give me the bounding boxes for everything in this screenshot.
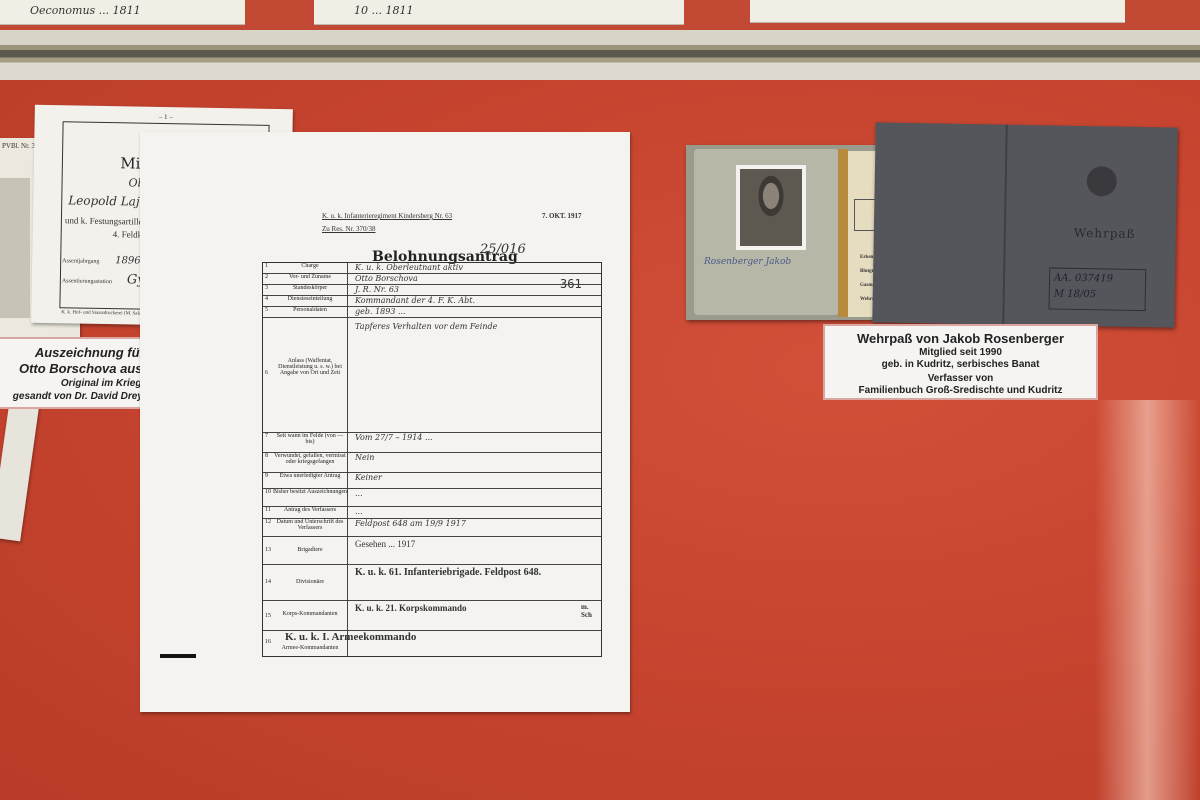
caption-right-line3: geb. in Kudritz, serbisches Banat: [825, 359, 1096, 371]
row-number: 9: [265, 473, 268, 479]
table-row: 15Korps-KommandantenK. u. k. 21. Korpsko…: [263, 601, 601, 631]
row-number: 2: [265, 274, 268, 280]
row-value: K. u. k. 21. Korpskommando: [355, 603, 467, 613]
row-value: K. u. k. Oberleutnant aktiv: [355, 263, 463, 272]
soldbuch-spine: [838, 149, 848, 317]
wehrpass-booklet: Wehrpaß AA. 037419 M 18/05: [872, 122, 1177, 327]
table-row: 7Seit wann im Felde (von — bis)Vom 27/7 …: [263, 433, 601, 453]
row-label: Verwundet, gefallen, vermisst oder krieg…: [273, 453, 347, 465]
row-label: Bisher besitzt Auszeichnungen: [273, 489, 347, 495]
assentjahrgang-label: Assentjahrgang: [62, 258, 99, 265]
row-number: 5: [265, 307, 268, 313]
header-unit: K. u. k. Infanterieregiment Kindersberg …: [322, 212, 452, 220]
caption-right: Wehrpaß von Jakob Rosenberger Mitglied s…: [823, 324, 1098, 400]
soldbuch-signature: Rosenberger Jakob: [704, 257, 791, 267]
row-value: Kommandant der 4. F. K. Abt.: [355, 296, 475, 305]
table-row: 5Personaldatengeb. 1893 ...: [263, 307, 601, 318]
row-value: K. u. k. 61. Infanteriebrigade. Feldpost…: [355, 567, 555, 578]
glass-reflection: [1095, 400, 1200, 800]
table-row: 9Etwa unerledigter AntragKeiner: [263, 473, 601, 489]
eagle-emblem-icon: [1087, 166, 1118, 197]
assentjahrgang-value: 1896: [115, 255, 141, 266]
row-value: geb. 1893 ...: [355, 307, 406, 316]
row-value: Vom 27/7 – 1914 ...: [355, 433, 433, 442]
table-row: 12Datum und Unterschrift des VerfassersF…: [263, 519, 601, 537]
row-number: 14: [265, 579, 271, 585]
row-value: Tapferes Verhalten vor dem Feinde: [355, 322, 497, 331]
page-number: – 1 –: [159, 113, 173, 121]
upper-document-2-text: 10 ... 1811: [354, 4, 413, 17]
row-label: Antrag des Verfassers: [273, 507, 347, 513]
row-value: K. u. k. I. Armeekommando: [285, 631, 416, 643]
row-number: 4: [265, 296, 268, 302]
display-case-frame: [0, 30, 1200, 80]
upper-document-3: [750, 0, 1125, 23]
reference-number: Zu Res. Nr. 370/38: [322, 225, 375, 233]
wehrpass-title: Wehrpaß: [1074, 226, 1136, 241]
row-label: Anlass (Waffentat, Dienstleistung u. s. …: [273, 358, 347, 376]
black-bar-mark: [160, 654, 196, 658]
caption-right-line4: Verfasser von: [825, 373, 1096, 385]
table-row: 1ChargeK. u. k. Oberleutnant aktiv: [263, 263, 601, 274]
row-label: Etwa unerledigter Antrag: [273, 473, 347, 479]
row-number: 16: [265, 639, 271, 645]
table-row: 11Antrag des Verfassers...: [263, 507, 601, 519]
row-value: Nein: [355, 453, 374, 462]
row-label: Diensteseinteilung: [273, 296, 347, 302]
assentierungsstation-label: Assentierungsstation: [62, 278, 112, 285]
table-row: 6Anlass (Waffentat, Dienstleistung u. s.…: [263, 318, 601, 433]
wehrpass-number-1: AA. 037419: [1054, 273, 1113, 285]
row-label: Personaldaten: [273, 307, 347, 313]
table-row: 8Verwundet, gefallen, vermisst oder krie…: [263, 453, 601, 473]
row-value: Gesehen ... 1917: [355, 539, 415, 549]
row-label: Divisionäre: [273, 579, 347, 585]
row-number: 3: [265, 285, 268, 291]
table-row: 13BrigadiereGesehen ... 1917: [263, 537, 601, 565]
belohnungsantrag-table: 1ChargeK. u. k. Oberleutnant aktiv 2Vor-…: [262, 262, 602, 657]
row-label: Korps-Kommandanten: [273, 611, 347, 617]
wehrpass-number-box: AA. 037419 M 18/05: [1049, 267, 1147, 311]
m-sch-stamp: m. Sch: [581, 603, 601, 619]
row-value: Feldpost 648 am 19/9 1917: [355, 519, 466, 528]
table-row: 3StandeskörperJ. R. Nr. 63: [263, 285, 601, 296]
row-label: Datum und Unterschrift des Verfassers: [273, 519, 347, 531]
left-edge-engraving: [0, 178, 30, 318]
wehrpass-number-2: M 18/05: [1054, 289, 1096, 301]
row-number: 15: [265, 613, 271, 619]
row-value: Keiner: [355, 473, 382, 482]
table-row: 4DiensteseinteilungKommandant der 4. F. …: [263, 296, 601, 307]
caption-right-line1: Wehrpaß von Jakob Rosenberger: [825, 330, 1096, 347]
upper-document-2: 10 ... 1811: [314, 0, 684, 25]
row-number: 12: [265, 519, 271, 525]
row-label: Charge: [273, 263, 347, 269]
soldier-photo: [736, 165, 806, 250]
wehrpass-fold: [1002, 125, 1007, 325]
table-row: 10Bisher besitzt Auszeichnungen...: [263, 489, 601, 507]
row-value: J. R. Nr. 63: [355, 285, 399, 294]
caption-right-line5: Familienbuch Groß-Sredischte und Kudritz: [825, 385, 1096, 397]
row-number: 13: [265, 547, 271, 553]
table-row: 2Vor- und ZunameOtto Borschova: [263, 274, 601, 285]
table-row: 16Armee-KommandantenK. u. k. I. Armeekom…: [263, 631, 601, 657]
upper-document-1: Oeconomus ... 1811: [0, 0, 245, 25]
row-number: 8: [265, 453, 268, 459]
row-value: Otto Borschova: [355, 274, 418, 283]
row-label: Armee-Kommandanten: [273, 645, 347, 651]
row-label: Vor- und Zuname: [273, 274, 347, 280]
caption-right-line2: Mitglied seit 1990: [825, 347, 1096, 359]
upper-document-1-text: Oeconomus ... 1811: [30, 4, 141, 17]
row-number: 10: [265, 489, 271, 495]
row-value: ...: [355, 507, 363, 516]
row-number: 11: [265, 507, 271, 513]
row-label: Brigadiere: [273, 547, 347, 553]
row-label: Seit wann im Felde (von — bis): [273, 433, 347, 445]
row-value: ...: [355, 489, 363, 498]
row-number: 1: [265, 263, 268, 269]
row-label: Standeskörper: [273, 285, 347, 291]
stamp-date: 7. OKT. 1917: [542, 212, 582, 220]
row-number: 6: [265, 370, 268, 376]
table-row: 14DivisionäreK. u. k. 61. Infanteriebrig…: [263, 565, 601, 601]
row-number: 7: [265, 433, 268, 439]
